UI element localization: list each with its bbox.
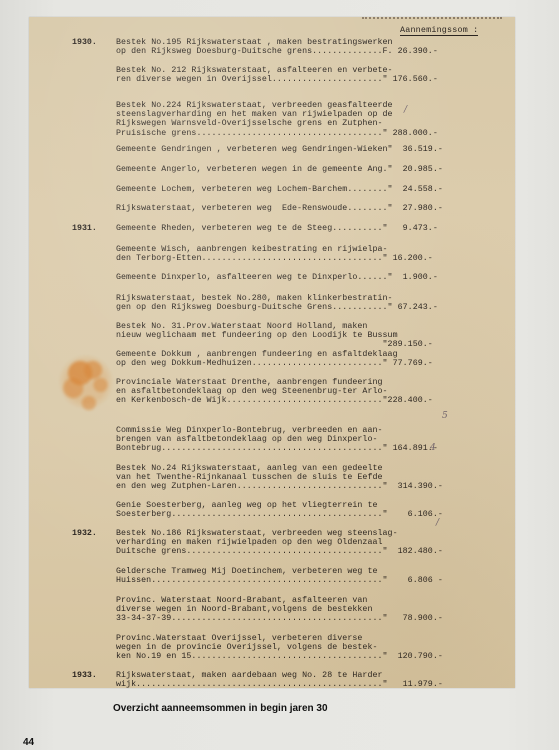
entry-description: Rijkswaterstaat, bestek No.280, maken kl… bbox=[116, 294, 401, 312]
entry-description: Provinc. Waterstaat Noord-Brabant, asfal… bbox=[116, 596, 401, 624]
entry-description: Genie Soesterberg, aanleg weg op het vli… bbox=[116, 501, 401, 519]
handwritten-mark: / bbox=[436, 518, 439, 528]
entry-description: Bestek No. 212 Rijkswaterstaat, asfaltee… bbox=[116, 66, 401, 84]
entry-description: Gemeente Dinxperlo, asfalteeren weg te D… bbox=[116, 273, 401, 282]
entry-description: Gemeente Wisch, aanbrengen keibestrating… bbox=[116, 245, 401, 263]
entry-description: Rijkswaterstaat, verbeteren weg Ede-Rens… bbox=[116, 204, 401, 213]
entry-description: Geldersche Tramweg Mij Doetinchem, verbe… bbox=[116, 567, 401, 585]
entry-description: Bestek No.195 Rijkswaterstaat , maken be… bbox=[116, 38, 401, 56]
entry-description: Bestek No.186 Rijkswaterstaat, verbreede… bbox=[116, 529, 401, 557]
entry-description: Gemeente Gendringen , verbeteren weg Gen… bbox=[116, 145, 401, 154]
entry-year: 1933. bbox=[72, 671, 97, 680]
typewritten-document: Aannemingssom : 1930.Bestek No.195 Rijks… bbox=[29, 17, 515, 688]
entry-year: 1931. bbox=[72, 224, 97, 233]
page-number: 44 bbox=[23, 737, 34, 748]
handwritten-mark: 4 bbox=[430, 443, 436, 453]
header-dash-line bbox=[362, 17, 502, 23]
entry-description: Provinciale Waterstaat Drenthe, aanbreng… bbox=[116, 378, 401, 406]
entry-description: Bestek No.24 Rijkswaterstaat, aanleg van… bbox=[116, 464, 401, 492]
entry-description: Bestek No.224 Rijkswaterstaat, verbreede… bbox=[116, 101, 401, 138]
entry-description: Gemeente Lochem, verbeteren weg Lochem-B… bbox=[116, 185, 401, 194]
entry-description: Commissie Weg Dinxperlo-Bontebrug, verbr… bbox=[116, 426, 401, 454]
entry-year: 1930. bbox=[72, 38, 97, 47]
entry-description: Gemeente Rheden, verbeteren weg te de St… bbox=[116, 224, 401, 233]
rust-stain bbox=[57, 352, 115, 412]
column-header-contract-sum: Aannemingssom : bbox=[400, 25, 478, 36]
entry-description: Gemeente Angerlo, verbeteren wegen in de… bbox=[116, 165, 401, 174]
entry-description: Gemeente Dokkum , aanbrengen fundeering … bbox=[116, 350, 401, 368]
figure-caption: Overzicht aanneemsommen in begin jaren 3… bbox=[113, 703, 328, 714]
entry-description: Provinc.Waterstaat Overijssel, verbetere… bbox=[116, 634, 401, 662]
entry-description: Bestek No. 31.Prov.Waterstaat Noord Holl… bbox=[116, 322, 401, 350]
entry-year: 1932. bbox=[72, 529, 97, 538]
handwritten-mark: 5 bbox=[442, 411, 448, 421]
handwritten-mark: / bbox=[404, 105, 407, 115]
entry-description: Rijkswaterstaat, maken aardebaan weg No.… bbox=[116, 671, 401, 689]
